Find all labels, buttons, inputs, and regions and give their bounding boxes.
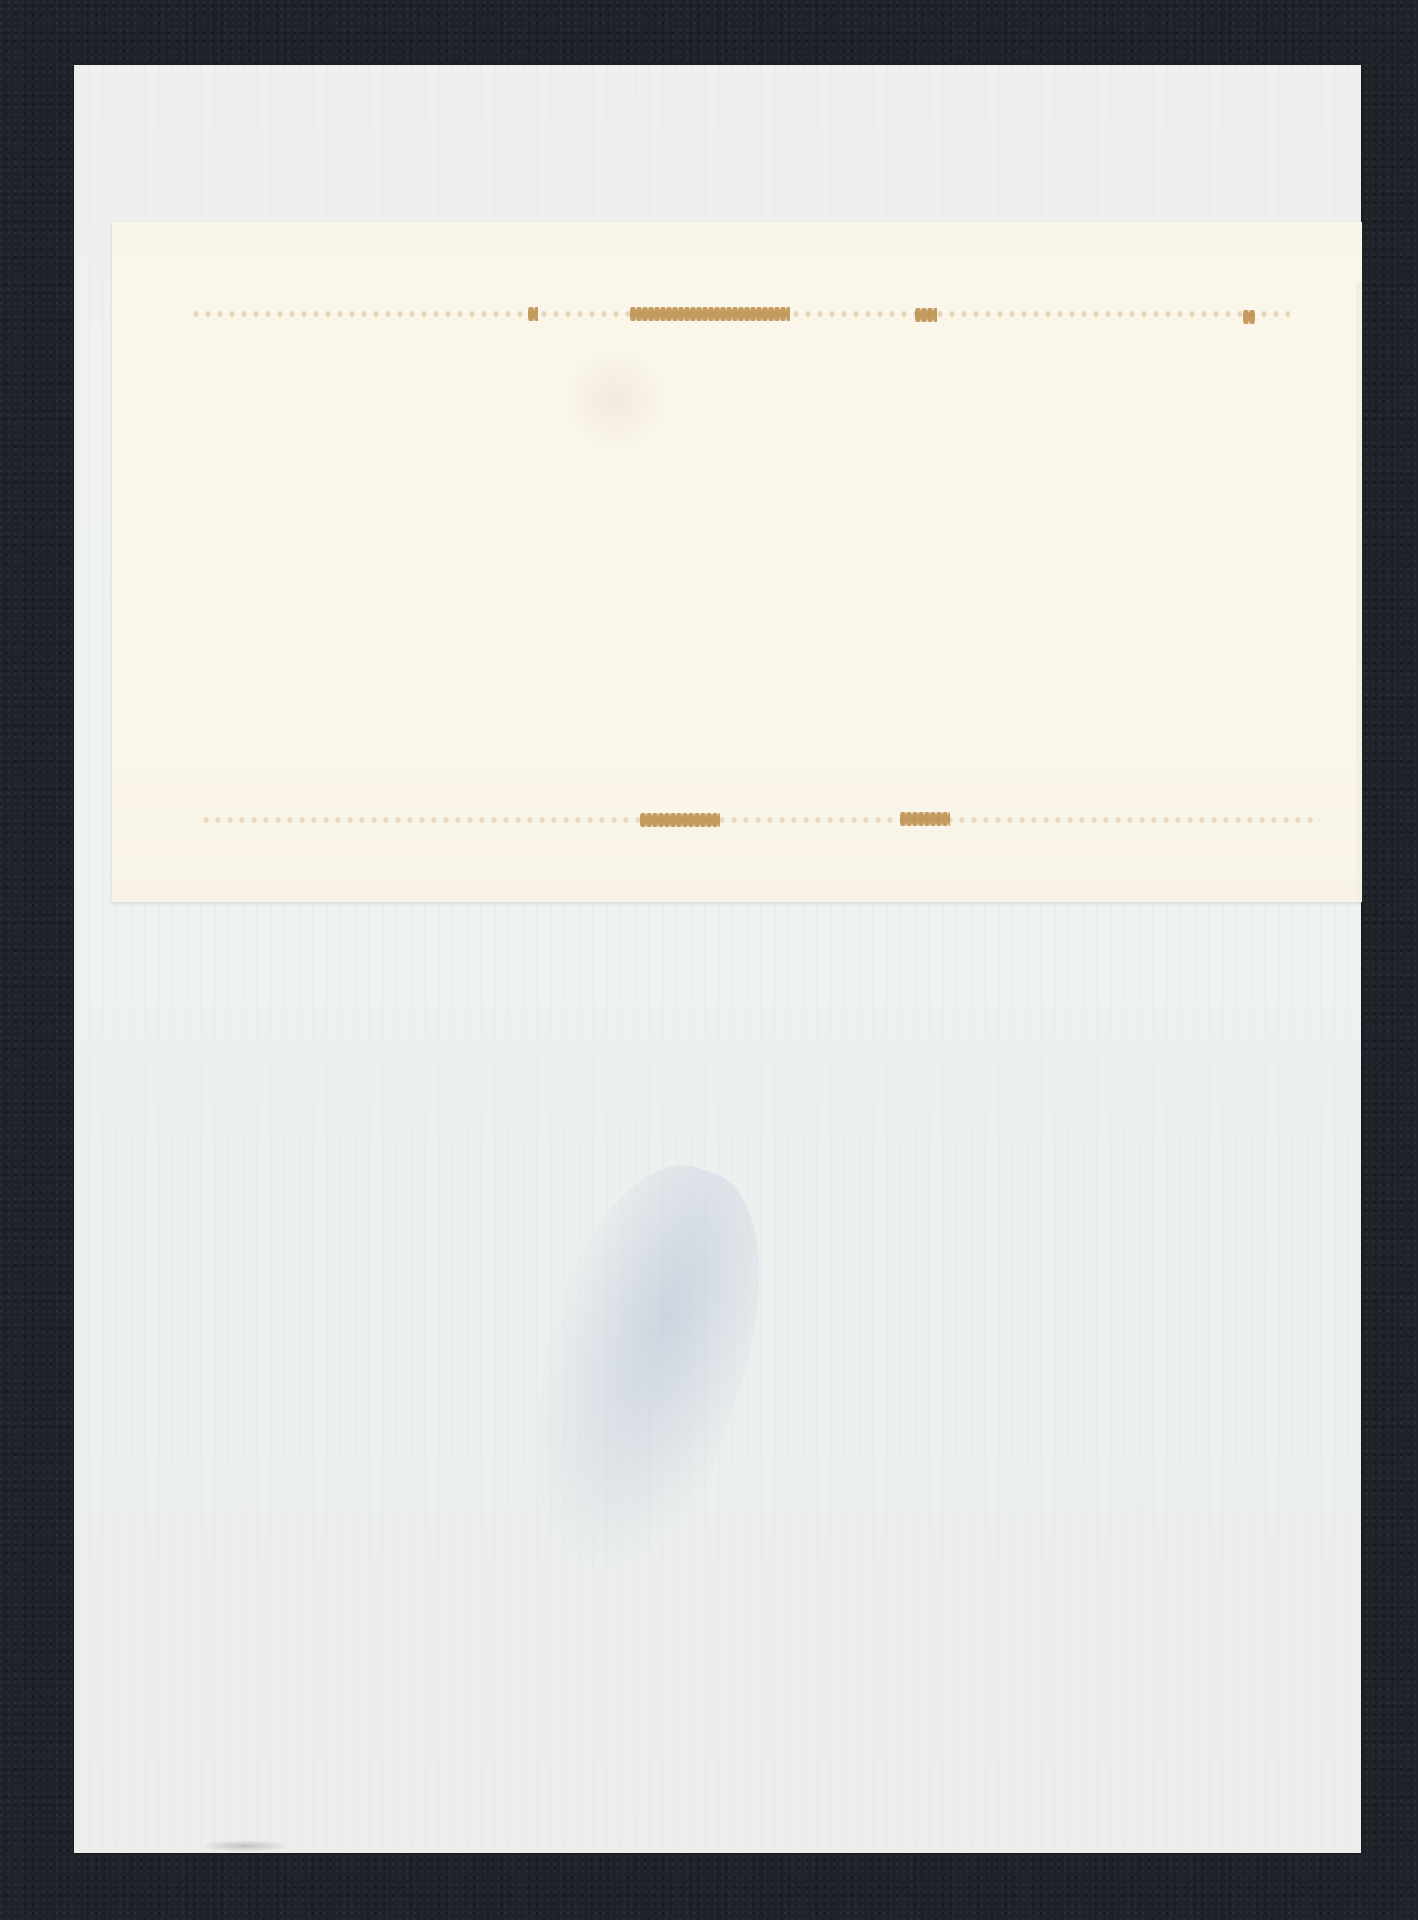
rust-stain-cluster (915, 308, 937, 322)
rust-stain-line-bottom (200, 813, 1320, 827)
rust-stain-cluster (900, 812, 950, 826)
faint-stamp-mark (560, 345, 670, 455)
edge-smudge (200, 1840, 290, 1852)
front-paper-strip (112, 222, 1362, 902)
rust-stain-cluster (1243, 310, 1255, 324)
rust-stain-cluster (640, 813, 720, 827)
paper-edge (1356, 282, 1362, 902)
rust-stain-cluster (528, 307, 538, 321)
rust-stain-cluster (630, 307, 790, 321)
